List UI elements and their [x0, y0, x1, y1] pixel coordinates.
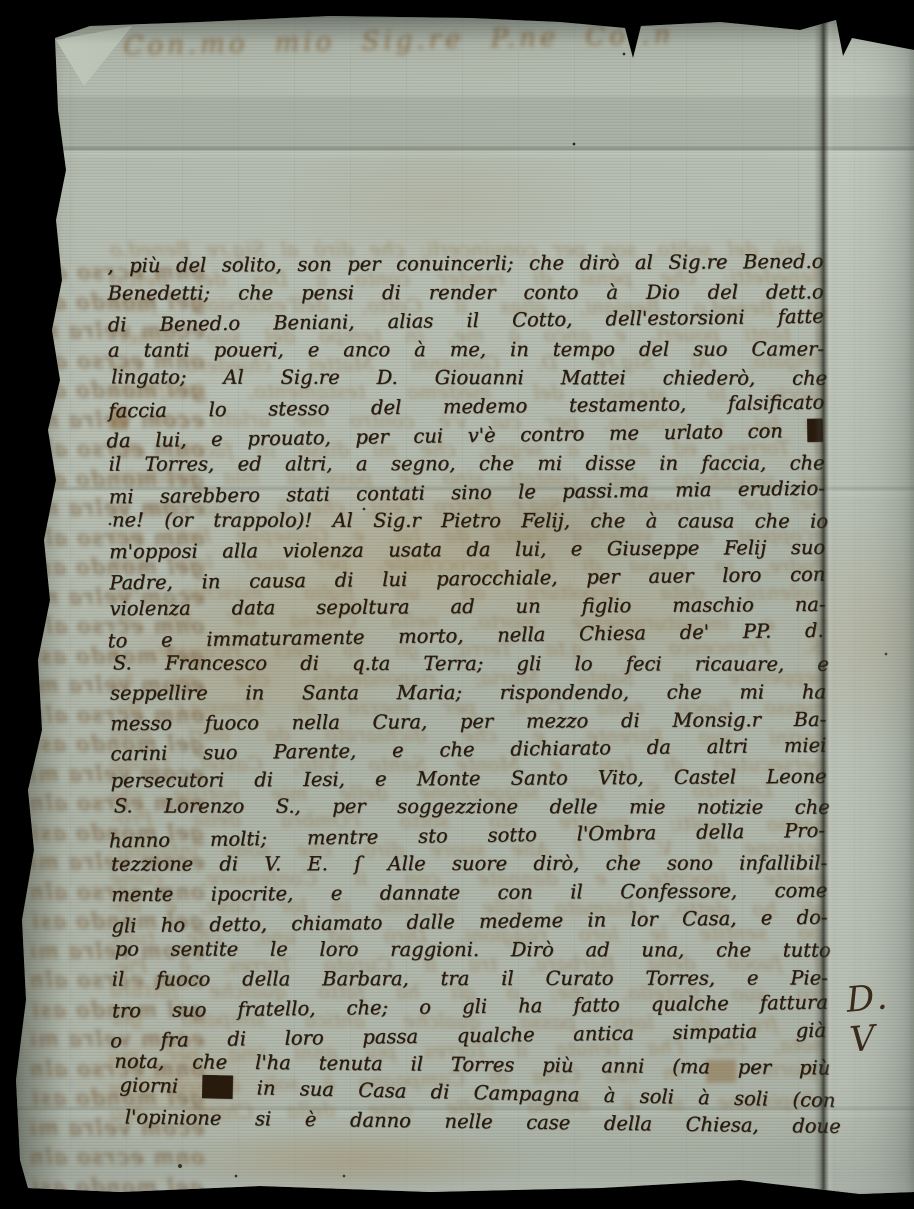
manuscript-text-line: S. Francesco di q.ta Terra; gli lo feci …	[113, 650, 829, 680]
manuscript-text-line: ne! (or trappolo)! Al Sig.r Pietro Felij…	[112, 507, 828, 537]
photo-backdrop: Con.mo mio Sig.re P.ne Col.mo onm ecrso …	[0, 0, 914, 1209]
manuscript-text-line: tezzione di V. E. ſ Alle suore dirò, che…	[111, 850, 827, 880]
manuscript-page: Con.mo mio Sig.re P.ne Col.mo onm ecrso …	[14, 14, 914, 1200]
letter-body-text: , più del solito, son per conuincerli; c…	[107, 248, 828, 1139]
page-fold-crease	[814, 14, 834, 1200]
manuscript-text-line: seppellire in Santa Maria; rispondendo, …	[110, 678, 826, 708]
manuscript-text-line: , più del solito, son per conuincerli; c…	[107, 248, 823, 281]
manuscript-text-line: il Torres, ed altri, a segno, che mi dis…	[109, 450, 825, 480]
manuscript-text-line: po sentite le loro raggioni. Dirò ad una…	[115, 936, 831, 966]
manuscript-text-line: a tanti poueri, e anco à me, in tempo de…	[108, 335, 824, 365]
margin-note: D. V	[845, 975, 914, 1060]
manuscript-text-line: di Bened.o Beniani, alias il Cotto, dell…	[108, 303, 824, 340]
faded-address-line: Con.mo mio Sig.re P.ne Col.mo	[123, 20, 669, 101]
